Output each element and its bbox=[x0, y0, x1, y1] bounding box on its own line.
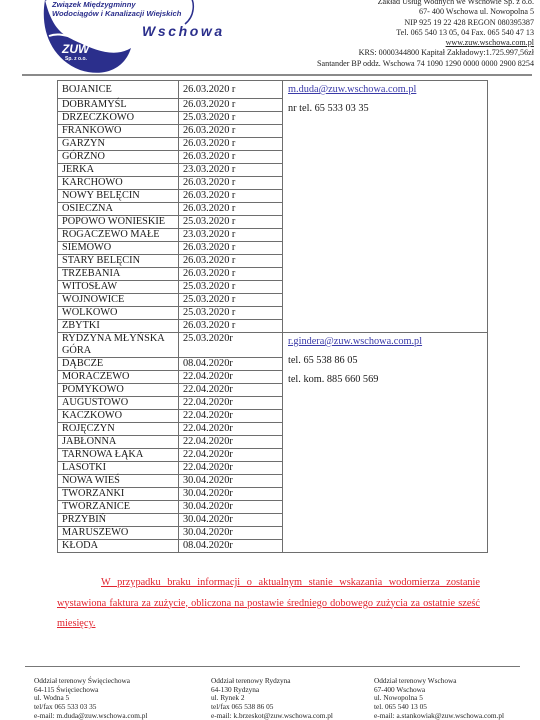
date-cell: 22.04.2020r bbox=[179, 410, 283, 423]
date-cell: 23.03.2020 r bbox=[179, 229, 283, 242]
company-website-link[interactable]: www.zuw.wschowa.com.pl bbox=[317, 38, 534, 48]
location-cell: JERKA bbox=[58, 164, 179, 177]
footer-branch-swieciechowa: Oddział terenowy Święciechowa 64-115 Świ… bbox=[34, 677, 147, 720]
date-cell: 26.03.2020 r bbox=[179, 151, 283, 164]
date-cell: 22.04.2020r bbox=[179, 449, 283, 462]
location-cell: LASOTKI bbox=[58, 462, 179, 475]
location-cell: STARY BELĘCIN bbox=[58, 255, 179, 268]
contact-email-link[interactable]: r.gindera@zuw.wschowa.com.pl bbox=[288, 335, 487, 348]
company-phone: Tel. 065 540 13 05, 04 Fax. 065 540 47 1… bbox=[317, 28, 534, 38]
table-row: RYDZYNA MŁYŃSKA GÓRA25.03.2020rr.gindera… bbox=[58, 333, 488, 358]
date-cell: 25.03.2020 r bbox=[179, 216, 283, 229]
date-cell: 30.04.2020r bbox=[179, 488, 283, 501]
date-cell: 22.04.2020r bbox=[179, 423, 283, 436]
location-cell: GARZYN bbox=[58, 138, 179, 151]
date-cell: 26.03.2020 r bbox=[179, 255, 283, 268]
contact-phone: tel. kom. 885 660 569 bbox=[288, 373, 487, 386]
date-cell: 26.03.2020 r bbox=[179, 242, 283, 255]
branch-email: e-mail: m.duda@zuw.wschowa.com.pl bbox=[34, 712, 147, 720]
date-cell: 26.03.2020 r bbox=[179, 177, 283, 190]
location-cell: POMYKOWO bbox=[58, 384, 179, 397]
location-cell: KŁODA bbox=[58, 540, 179, 553]
location-cell: AUGUSTOWO bbox=[58, 397, 179, 410]
date-cell: 26.03.2020 r bbox=[179, 99, 283, 112]
date-cell: 26.03.2020 r bbox=[179, 125, 283, 138]
date-cell: 08.04.2020r bbox=[179, 540, 283, 553]
location-cell: NOWA WIEŚ bbox=[58, 475, 179, 488]
contact-cell: m.duda@zuw.wschowa.com.plnr tel. 65 533 … bbox=[283, 81, 488, 333]
location-cell: POPOWO WONIESKIE bbox=[58, 216, 179, 229]
company-info: Zakład Usług Wodnych we Wschowie Sp. z o… bbox=[317, 0, 534, 69]
date-cell: 25.03.2020 r bbox=[179, 281, 283, 294]
date-cell: 25.03.2020 r bbox=[179, 307, 283, 320]
location-cell: KACZKOWO bbox=[58, 410, 179, 423]
footer-branch-rydzyna: Oddział terenowy Rydzyna 64-130 Rydzyna … bbox=[211, 677, 333, 720]
footer-branch-wschowa: Oddział terenowy Wschowa 67-400 Wschowa … bbox=[374, 677, 504, 720]
contact-phone: tel. 65 538 86 05 bbox=[288, 354, 487, 367]
logo-abbr: ZUW bbox=[62, 42, 89, 56]
logo-abbr-sub: Sp. z o.o. bbox=[65, 56, 87, 62]
location-cell: DOBRAMYŚL bbox=[58, 99, 179, 112]
date-cell: 22.04.2020r bbox=[179, 436, 283, 449]
company-address: 67- 400 Wschowa ul. Nowopolna 5 bbox=[317, 7, 534, 17]
location-cell: SIEMOWO bbox=[58, 242, 179, 255]
location-cell: NOWY BELĘCIN bbox=[58, 190, 179, 203]
contact-email-link[interactable]: m.duda@zuw.wschowa.com.pl bbox=[288, 83, 487, 96]
company-nip-regon: NIP 925 19 22 428 REGON 080395387 bbox=[317, 18, 534, 28]
date-cell: 08.04.2020r bbox=[179, 358, 283, 371]
location-cell: TRZEBANIA bbox=[58, 268, 179, 281]
branch-email: e-mail: a.stankowiak@zuw.wschowa.com.pl bbox=[374, 712, 504, 720]
date-cell: 26.03.2020 r bbox=[179, 268, 283, 281]
logo-line2: Wodociągów i Kanalizacji Wiejskich bbox=[52, 9, 181, 18]
location-cell: TARNOWA ŁĄKA bbox=[58, 449, 179, 462]
location-cell: WOLKOWO bbox=[58, 307, 179, 320]
footer-divider bbox=[25, 666, 520, 667]
location-cell: JABŁONNA bbox=[58, 436, 179, 449]
date-cell: 22.04.2020r bbox=[179, 384, 283, 397]
date-cell: 30.04.2020r bbox=[179, 475, 283, 488]
contact-cell: r.gindera@zuw.wschowa.com.pltel. 65 538 … bbox=[283, 333, 488, 553]
date-cell: 30.04.2020r bbox=[179, 501, 283, 514]
date-cell: 26.03.2020 r bbox=[179, 320, 283, 333]
location-cell: TWORZANICE bbox=[58, 501, 179, 514]
date-cell: 22.04.2020r bbox=[179, 371, 283, 384]
date-cell: 22.04.2020r bbox=[179, 397, 283, 410]
location-cell: PRZYBIŃ bbox=[58, 514, 179, 527]
location-cell: TWORZANKI bbox=[58, 488, 179, 501]
reading-schedule-table: BOJANICE26.03.2020 rm.duda@zuw.wschowa.c… bbox=[57, 80, 488, 553]
location-cell: RYDZYNA MŁYŃSKA GÓRA bbox=[58, 333, 179, 358]
date-cell: 26.03.2020 r bbox=[179, 190, 283, 203]
location-cell: BOJANICE bbox=[58, 81, 179, 99]
company-name: Zakład Usług Wodnych we Wschowie Sp. z o… bbox=[317, 0, 534, 7]
notice-text: W przypadku braku informacji o aktualnym… bbox=[57, 573, 480, 635]
location-cell: MARUSZEWO bbox=[58, 527, 179, 540]
location-cell: ROGACZEWO MAŁE bbox=[58, 229, 179, 242]
company-krs: KRS: 0000344800 Kapitał Zakładowy:1.725.… bbox=[317, 48, 534, 58]
date-cell: 25.03.2020 r bbox=[179, 294, 283, 307]
date-cell: 30.04.2020r bbox=[179, 514, 283, 527]
table-row: BOJANICE26.03.2020 rm.duda@zuw.wschowa.c… bbox=[58, 81, 488, 99]
location-cell: WOJNOWICE bbox=[58, 294, 179, 307]
date-cell: 30.04.2020r bbox=[179, 527, 283, 540]
date-cell: 23.03.2020 r bbox=[179, 164, 283, 177]
location-cell: KARCHOWO bbox=[58, 177, 179, 190]
location-cell: GÓRZNO bbox=[58, 151, 179, 164]
branch-email: e-mail: k.brzeskot@zuw.wschowa.com.pl bbox=[211, 712, 333, 720]
contact-phone: nr tel. 65 533 03 35 bbox=[288, 102, 487, 115]
date-cell: 25.03.2020r bbox=[179, 333, 283, 358]
header-divider bbox=[22, 74, 532, 76]
date-cell: 25.03.2020 r bbox=[179, 112, 283, 125]
location-cell: MORACZEWO bbox=[58, 371, 179, 384]
date-cell: 22.04.2020r bbox=[179, 462, 283, 475]
location-cell: DRZECZKOWO bbox=[58, 112, 179, 125]
company-bank: Santander BP oddz. Wschowa 74 1090 1290 … bbox=[317, 59, 534, 69]
location-cell: FRANKOWO bbox=[58, 125, 179, 138]
location-cell: ZBYTKI bbox=[58, 320, 179, 333]
location-cell: ROJĘCZYN bbox=[58, 423, 179, 436]
logo-line1: Związek Międzygminny bbox=[52, 0, 136, 9]
company-logo: Związek Międzygminny Wodociągów i Kanali… bbox=[35, 0, 205, 68]
date-cell: 26.03.2020 r bbox=[179, 203, 283, 216]
date-cell: 26.03.2020 r bbox=[179, 81, 283, 99]
date-cell: 26.03.2020 r bbox=[179, 138, 283, 151]
location-cell: OSIECZNA bbox=[58, 203, 179, 216]
location-cell: DĄBCZE bbox=[58, 358, 179, 371]
logo-city: Wschowa bbox=[142, 23, 225, 39]
location-cell: WITOSŁAW bbox=[58, 281, 179, 294]
